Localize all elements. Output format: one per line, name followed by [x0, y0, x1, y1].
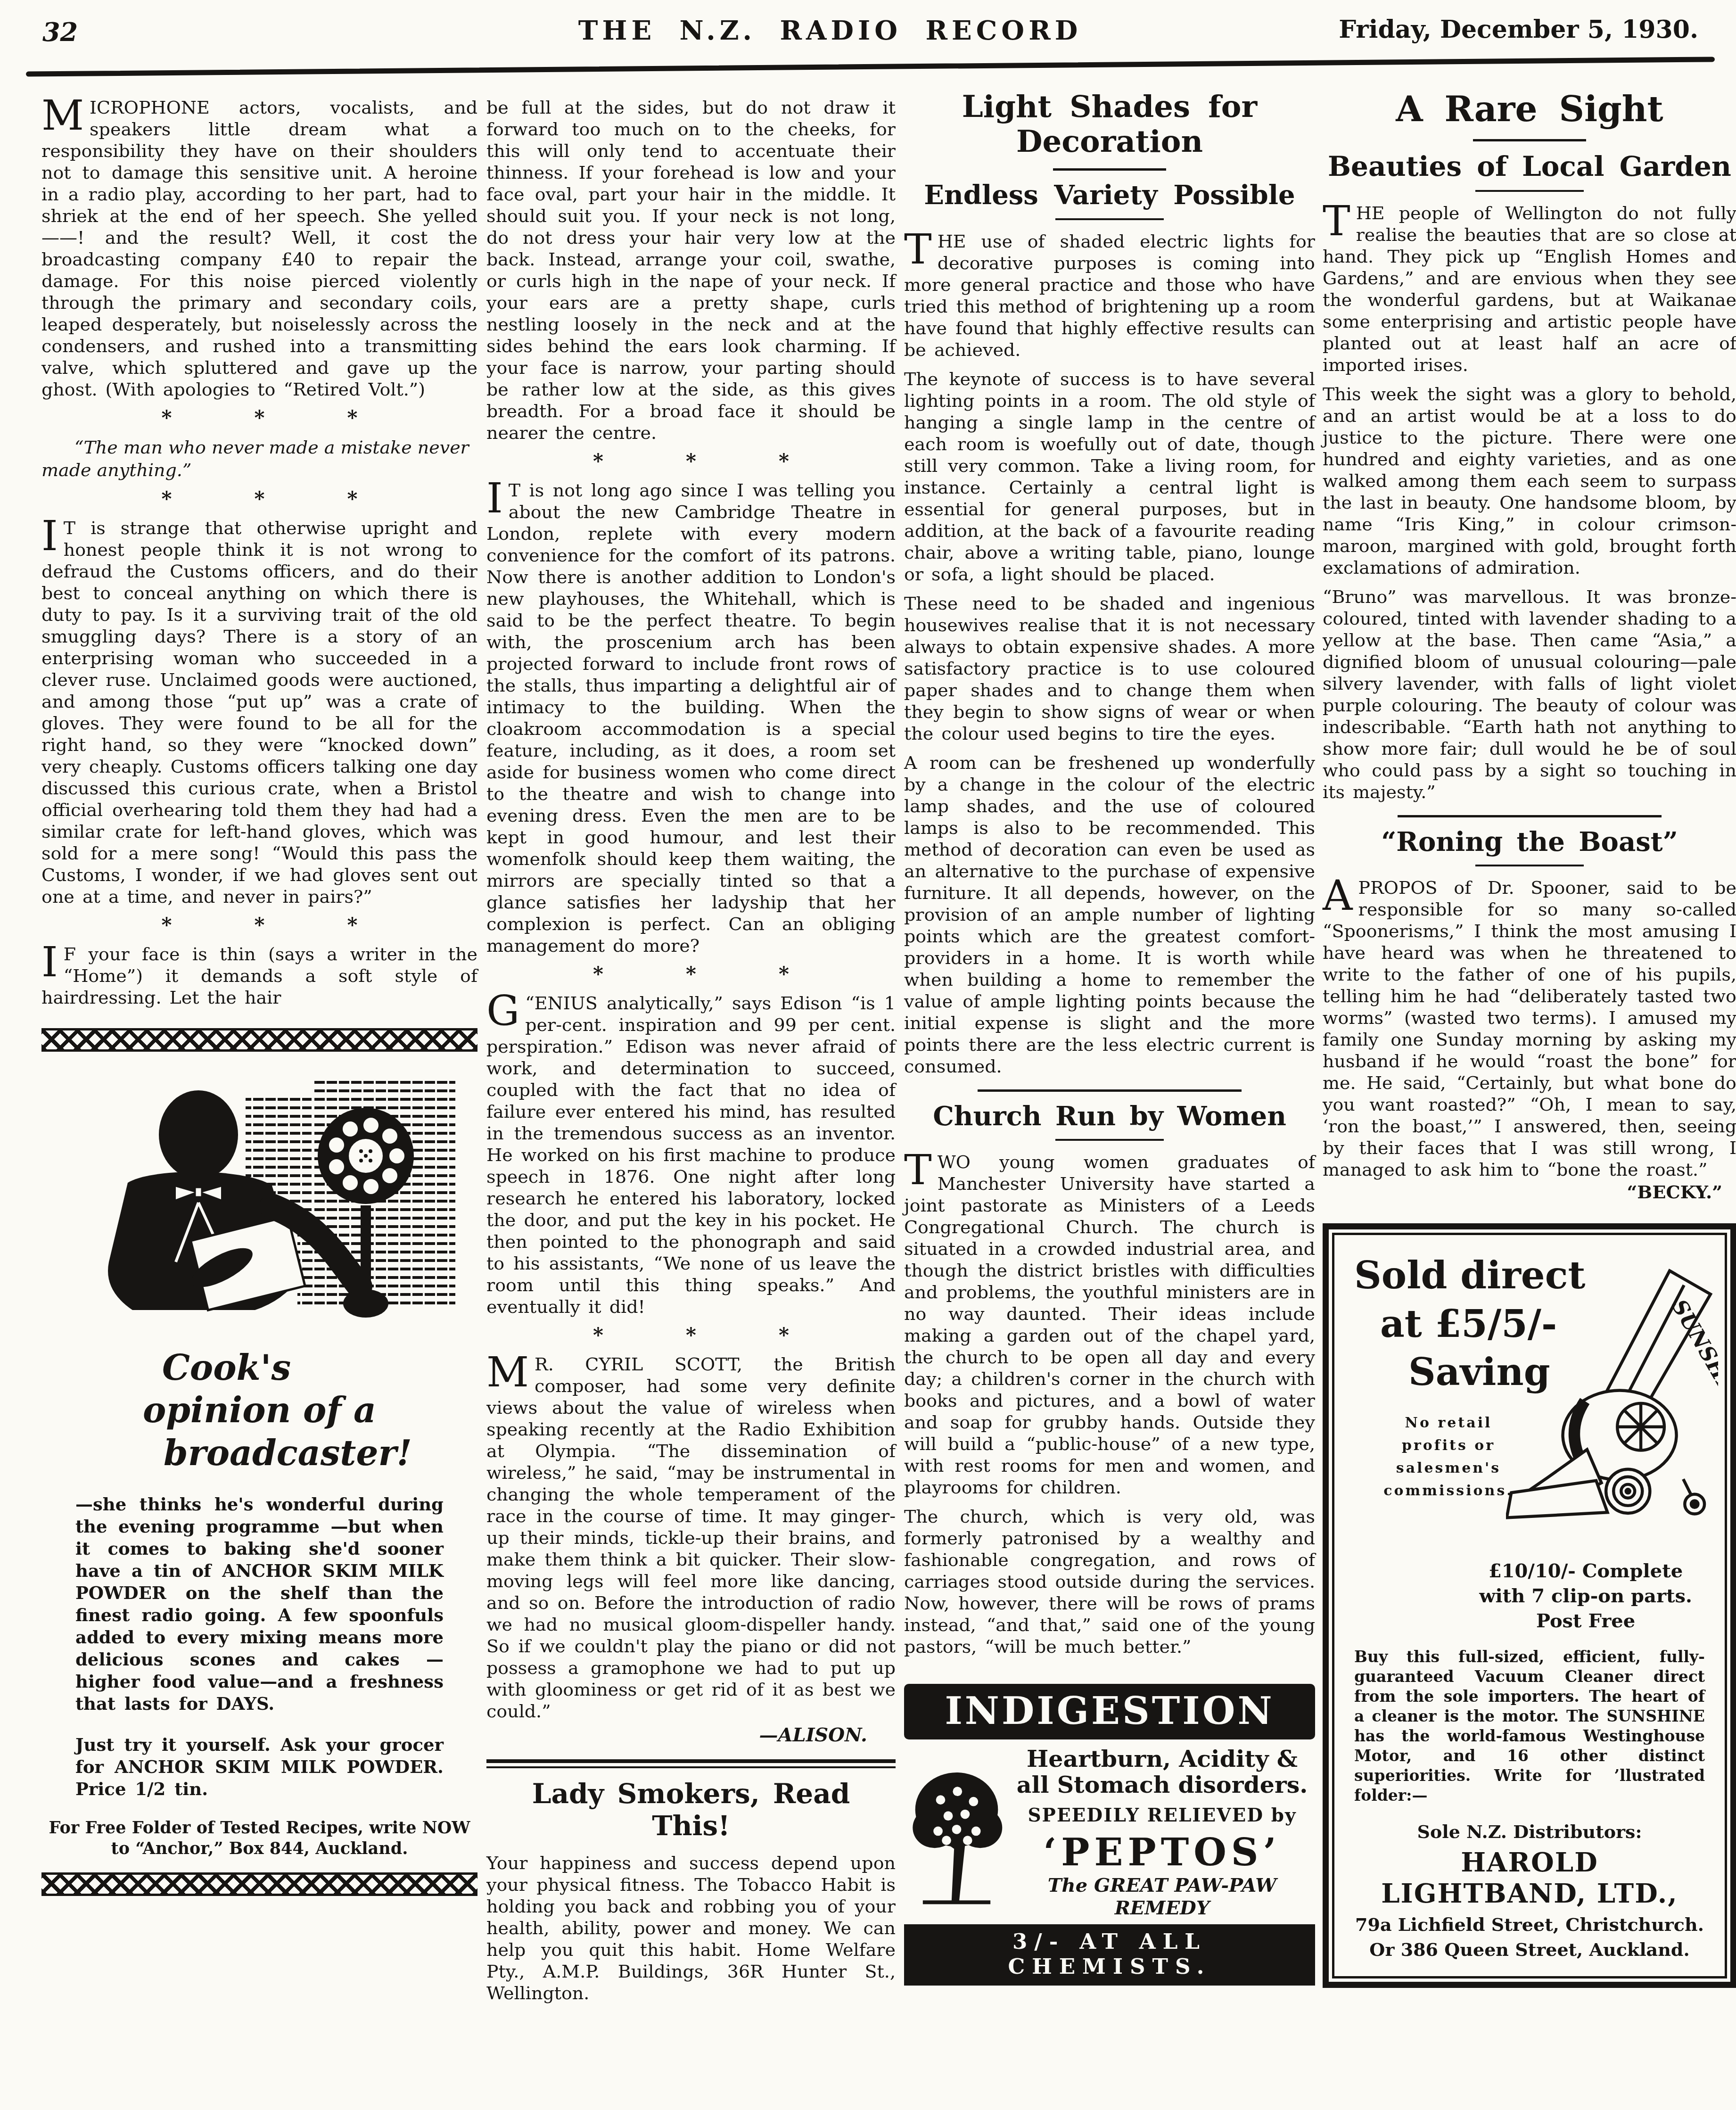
article-paragraph: A room can be freshened up wonderfully b… [904, 752, 1315, 1077]
ad-headline-line: broadcaster! [70, 1432, 506, 1475]
opening-quote: “ [525, 993, 534, 1014]
crosshatch-border-bottom [41, 1872, 477, 1896]
article-paragraph: These need to be shaded and ingenious ho… [904, 593, 1315, 744]
drop-cap: M [486, 1353, 535, 1389]
asterisk-icon: * [593, 1327, 603, 1344]
section-separator: * * * [41, 491, 477, 508]
paragraph-text: HE use of shaded electric lights for dec… [904, 231, 1315, 360]
ad-footer: For Free Folder of Tested Recipes, write… [41, 1818, 477, 1859]
article-divider-rule [978, 1089, 1242, 1092]
section-separator: * * * [41, 917, 477, 934]
article-paragraph: be full at the sides, but do not draw it… [486, 97, 896, 444]
drop-cap: I [41, 517, 64, 552]
paper-title: THE N.Z. RADIO RECORD [578, 15, 1082, 46]
article-paragraph: The church, which is very old, was forme… [904, 1506, 1315, 1657]
newspaper-page: 32 THE N.Z. RADIO RECORD Friday, Decembe… [0, 0, 1736, 2110]
lady-smokers-heading: Lady Smokers, Read This! [486, 1778, 896, 1842]
asterisk-icon: * [779, 966, 789, 983]
ad-note-line: commissions. [1368, 1480, 1529, 1502]
double-rule [486, 1759, 896, 1768]
header-rule [26, 57, 1715, 76]
ad-line: Heartburn, Acidity & [1011, 1746, 1313, 1772]
article-heading: Light Shades for Decoration [904, 90, 1315, 159]
asterisk-icon: * [347, 917, 357, 934]
section-separator: * * * [486, 1327, 896, 1344]
ad-copy: Heartburn, Acidity & all Stomach disorde… [1011, 1746, 1313, 1920]
asterisk-icon: * [593, 966, 603, 983]
broadcaster-illustration [57, 1064, 462, 1347]
pawpaw-tree-icon [906, 1755, 1007, 1911]
ad-inner-frame: Sold direct at £5/5/- Saving No retail p… [1332, 1233, 1727, 1978]
paragraph-text: R. CYRIL SCOTT, the British composer, ha… [486, 1354, 896, 1722]
asterisk-icon: * [686, 1327, 696, 1344]
ad-middle: Heartburn, Acidity & all Stomach disorde… [904, 1739, 1315, 1924]
paragraph-text: F your face is thin (says a writer in th… [41, 944, 477, 1008]
section-separator: * * * [41, 410, 477, 427]
column-4: A Rare Sight Beauties of Local Garden TH… [1323, 90, 1736, 1988]
ad-note: No retail profits or salesmen's commissi… [1368, 1412, 1529, 1502]
lady-smokers-body: Your happiness and success depend upon y… [486, 1852, 896, 2004]
ad-body: Buy this full-sized, efficient, fully-gu… [1354, 1647, 1705, 1805]
author-signature: “BECKY.” [1323, 1181, 1736, 1203]
microphone-icon [318, 1108, 414, 1204]
article-paragraph: MICROPHONE actors, vocalists, and speake… [41, 97, 477, 400]
article-paragraph: APROPOS of Dr. Spooner, said to be respo… [1323, 877, 1736, 1180]
ad-body: —she thinks he's wonderful during the ev… [41, 1493, 477, 1715]
asterisk-icon: * [779, 1327, 789, 1344]
ad-line: all Stomach disorders. [1011, 1772, 1313, 1798]
masthead: 32 THE N.Z. RADIO RECORD Friday, Decembe… [42, 12, 1698, 55]
announcer-head [159, 1090, 238, 1179]
author-signature: —ALISON. [486, 1724, 896, 1746]
ad-company-name: HAROLD LIGHTBAND, LTD., [1354, 1847, 1705, 1909]
ad-price-line: £10/10/- Complete [1473, 1559, 1698, 1584]
ad-brand: ‘PEPTOS’ [1011, 1830, 1313, 1874]
heading-rule [1055, 1139, 1164, 1141]
asterisk-icon: * [779, 453, 789, 470]
ad-headline-line: Cook's [8, 1347, 444, 1389]
paragraph-text: ICROPHONE actors, vocalists, and speaker… [41, 97, 477, 400]
article-paragraph: IF your face is thin (says a writer in t… [41, 943, 477, 1008]
ad-line: SPEEDILY RELIEVED by [1011, 1805, 1313, 1826]
ad-price-line: with 7 clip-on parts. [1473, 1584, 1698, 1609]
ad-note-line: profits or [1368, 1434, 1529, 1457]
article-heading: Church Run by Women [904, 1101, 1315, 1131]
ad-price-block: £10/10/- Complete with 7 clip-on parts. … [1473, 1559, 1698, 1633]
article-paragraph: IT is not long ago since I was telling y… [486, 479, 896, 956]
asterisk-icon: * [686, 966, 696, 983]
drop-cap: I [486, 479, 509, 515]
article-divider-rule [1398, 815, 1662, 817]
heading-rule [1473, 139, 1586, 141]
article-paragraph: THE use of shaded electric lights for de… [904, 231, 1315, 361]
asterisk-icon: * [255, 410, 265, 427]
page-number: 32 [42, 17, 78, 47]
ad-price-line: Post Free [1473, 1609, 1698, 1634]
article-paragraph: “GENIUS analytically,” says Edison “is 1… [486, 992, 896, 1318]
drop-cap: M [41, 97, 90, 132]
asterisk-icon: * [162, 410, 172, 427]
paragraph-text: T is not long ago since I was telling yo… [486, 480, 896, 956]
ad-address-line: 79a Lichfield Street, Christchurch. [1354, 1912, 1705, 1937]
anchor-milk-powder-ad: Cook's opinion of a broadcaster! —she th… [41, 1028, 477, 1896]
article-paragraph: TWO young women graduates of Manchester … [904, 1151, 1315, 1498]
column-3: Light Shades for Decoration Endless Vari… [904, 90, 1315, 1986]
section-separator: * * * [486, 453, 896, 470]
ad-tagline: The GREAT PAW-PAW [1011, 1874, 1313, 1897]
issue-date: Friday, December 5, 1930. [1339, 15, 1698, 44]
heading-rule [1055, 218, 1164, 220]
paragraph-text: ENIUS analytically,” says Edison “is 1 p… [486, 993, 896, 1317]
asterisk-icon: * [162, 917, 172, 934]
drop-cap: I [41, 943, 64, 979]
article-heading: “Roning the Boast” [1323, 827, 1736, 857]
drop-cap: T [904, 231, 938, 266]
article-paragraph: IT is strange that otherwise upright and… [41, 517, 477, 907]
ad-footer-bar: 3/- AT ALL CHEMISTS. [904, 1924, 1315, 1986]
paragraph-text: HE people of Wellington do not fully rea… [1323, 203, 1736, 375]
asterisk-icon: * [255, 917, 265, 934]
paragraph-text: T is strange that otherwise upright and … [41, 518, 477, 907]
vacuum-cleaner-illustration: SUNSHINE [1506, 1247, 1718, 1540]
asterisk-icon: * [347, 491, 357, 508]
paragraph-text: PROPOS of Dr. Spooner, said to be respon… [1323, 877, 1736, 1180]
article-paragraph: MR. CYRIL SCOTT, the British composer, h… [486, 1353, 896, 1722]
column-2: be full at the sides, but do not draw it… [486, 97, 896, 2004]
article-paragraph: This week the sight was a glory to behol… [1323, 383, 1736, 578]
ad-note-line: salesmen's [1368, 1457, 1529, 1480]
heading-rule [1053, 168, 1166, 171]
article-subheading: Beauties of Local Garden [1323, 151, 1736, 182]
article-heading: A Rare Sight [1323, 90, 1736, 130]
paragraph-text: WO young women graduates of Manchester U… [904, 1152, 1315, 1498]
column-1: MICROPHONE actors, vocalists, and speake… [41, 97, 477, 1896]
peptos-indigestion-ad: INDIGESTION Heartburn, Acidity & all [904, 1684, 1315, 1986]
article-paragraph: THE people of Wellington do not fully re… [1323, 202, 1736, 376]
heading-rule [1475, 865, 1584, 866]
sunshine-vacuum-ad: Sold direct at £5/5/- Saving No retail p… [1323, 1223, 1736, 1988]
crosshatch-border-top [41, 1028, 477, 1052]
ad-address: 79a Lichfield Street, Christchurch. Or 3… [1354, 1912, 1705, 1962]
ad-distributors-label: Sole N.Z. Distributors: [1354, 1821, 1705, 1842]
asterisk-icon: * [593, 453, 603, 470]
drop-cap: A [1323, 877, 1358, 912]
ad-headline-line: opinion of a [41, 1389, 477, 1432]
article-paragraph: The keynote of success is to have severa… [904, 368, 1315, 585]
asterisk-icon: * [347, 410, 357, 427]
drop-cap: T [904, 1151, 938, 1187]
heading-rule [1475, 190, 1584, 192]
section-separator: * * * [486, 966, 896, 983]
ad-address-line: Or 386 Queen Street, Auckland. [1354, 1937, 1705, 1962]
asterisk-icon: * [686, 453, 696, 470]
ad-title-bar: INDIGESTION [904, 1684, 1315, 1739]
article-subheading: Endless Variety Possible [904, 180, 1315, 210]
drop-cap: G [486, 992, 525, 1028]
asterisk-icon: * [255, 491, 265, 508]
drop-cap: T [1323, 202, 1356, 238]
ad-body: Just try it yourself. Ask your grocer fo… [41, 1734, 477, 1800]
ad-note-line: No retail [1368, 1412, 1529, 1434]
ad-tagline: REMEDY [1011, 1897, 1313, 1920]
asterisk-icon: * [162, 491, 172, 508]
article-paragraph: “Bruno” was marvellous. It was bronze-co… [1323, 586, 1736, 803]
epigram-quote: “The man who never made a mistake never … [41, 436, 477, 481]
